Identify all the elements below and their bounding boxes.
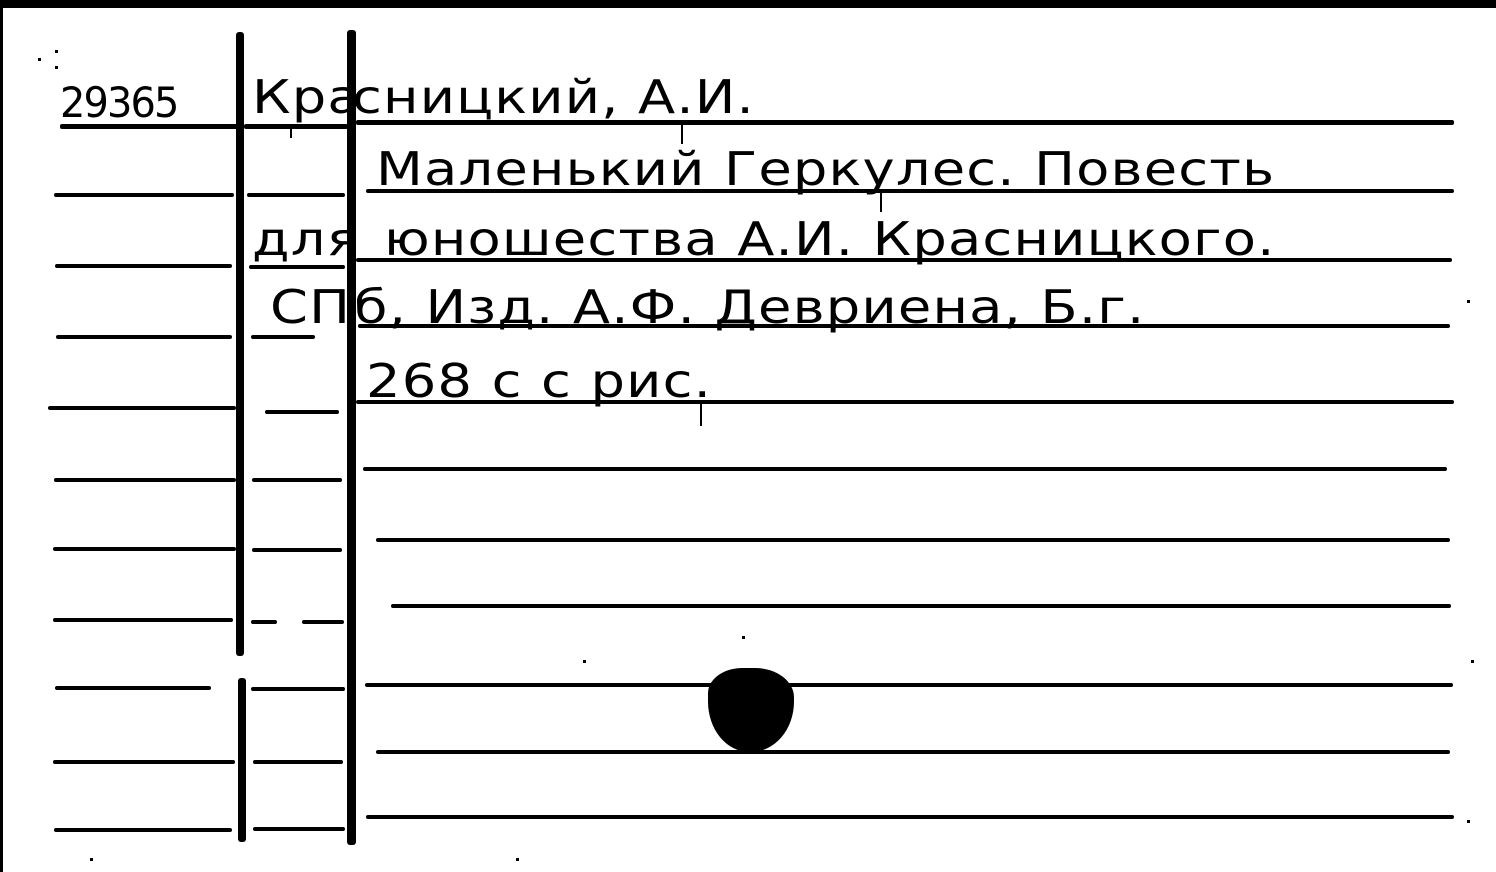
pen-stroke bbox=[880, 190, 882, 212]
ruled-line bbox=[265, 410, 339, 414]
ruled-line bbox=[251, 620, 277, 624]
ruled-line bbox=[253, 760, 343, 764]
column-rule-right bbox=[347, 30, 356, 845]
ruled-line bbox=[391, 604, 1451, 608]
ruled-line bbox=[54, 478, 236, 482]
ruled-line bbox=[363, 467, 1447, 471]
pagination-line: 268 с с рис. bbox=[366, 358, 712, 404]
ruled-line bbox=[53, 618, 233, 622]
ruled-line bbox=[366, 815, 1454, 819]
ruled-line bbox=[247, 193, 345, 197]
call-number: 29365 bbox=[60, 82, 177, 124]
card-top-border bbox=[0, 0, 1496, 8]
ink-blot bbox=[708, 668, 794, 752]
ruled-line bbox=[53, 760, 235, 764]
ruled-line bbox=[53, 547, 236, 551]
ruled-line bbox=[376, 750, 1450, 754]
ruled-line bbox=[244, 124, 348, 129]
ruled-line bbox=[55, 686, 211, 690]
subtitle-line-start: для bbox=[252, 216, 360, 262]
ruled-line bbox=[54, 828, 232, 832]
column-rule-left-lower bbox=[238, 678, 246, 842]
ruled-line bbox=[302, 620, 344, 624]
imprint-line-start: СП bbox=[270, 284, 351, 330]
author-name-start: Кра bbox=[252, 74, 362, 120]
ruled-line bbox=[253, 827, 345, 831]
ruled-line bbox=[54, 193, 234, 197]
ruled-line bbox=[252, 548, 342, 552]
pen-stroke bbox=[290, 124, 292, 138]
pen-stroke bbox=[681, 124, 683, 144]
catalog-card: 29365 Кра сницкий, А.И. Маленький Геркул… bbox=[0, 0, 1496, 872]
ruled-line bbox=[251, 687, 345, 691]
ruled-line bbox=[55, 264, 232, 268]
ruled-line bbox=[252, 478, 342, 482]
ruled-line bbox=[365, 683, 1453, 687]
ruled-line bbox=[56, 335, 232, 339]
imprint-line-rest: б, Изд. А.Ф. Девриена, Б.г. bbox=[354, 284, 1145, 330]
ruled-line bbox=[48, 406, 236, 410]
pen-stroke bbox=[700, 400, 702, 426]
card-left-edge bbox=[0, 0, 3, 872]
author-name-rest: сницкий, А.И. bbox=[352, 74, 755, 120]
ruled-line bbox=[376, 538, 1450, 542]
title-line: Маленький Геркулес. Повесть bbox=[376, 146, 1275, 192]
ruled-line bbox=[251, 335, 315, 339]
subtitle-line-rest: юношества А.И. Красницкого. bbox=[384, 216, 1276, 262]
